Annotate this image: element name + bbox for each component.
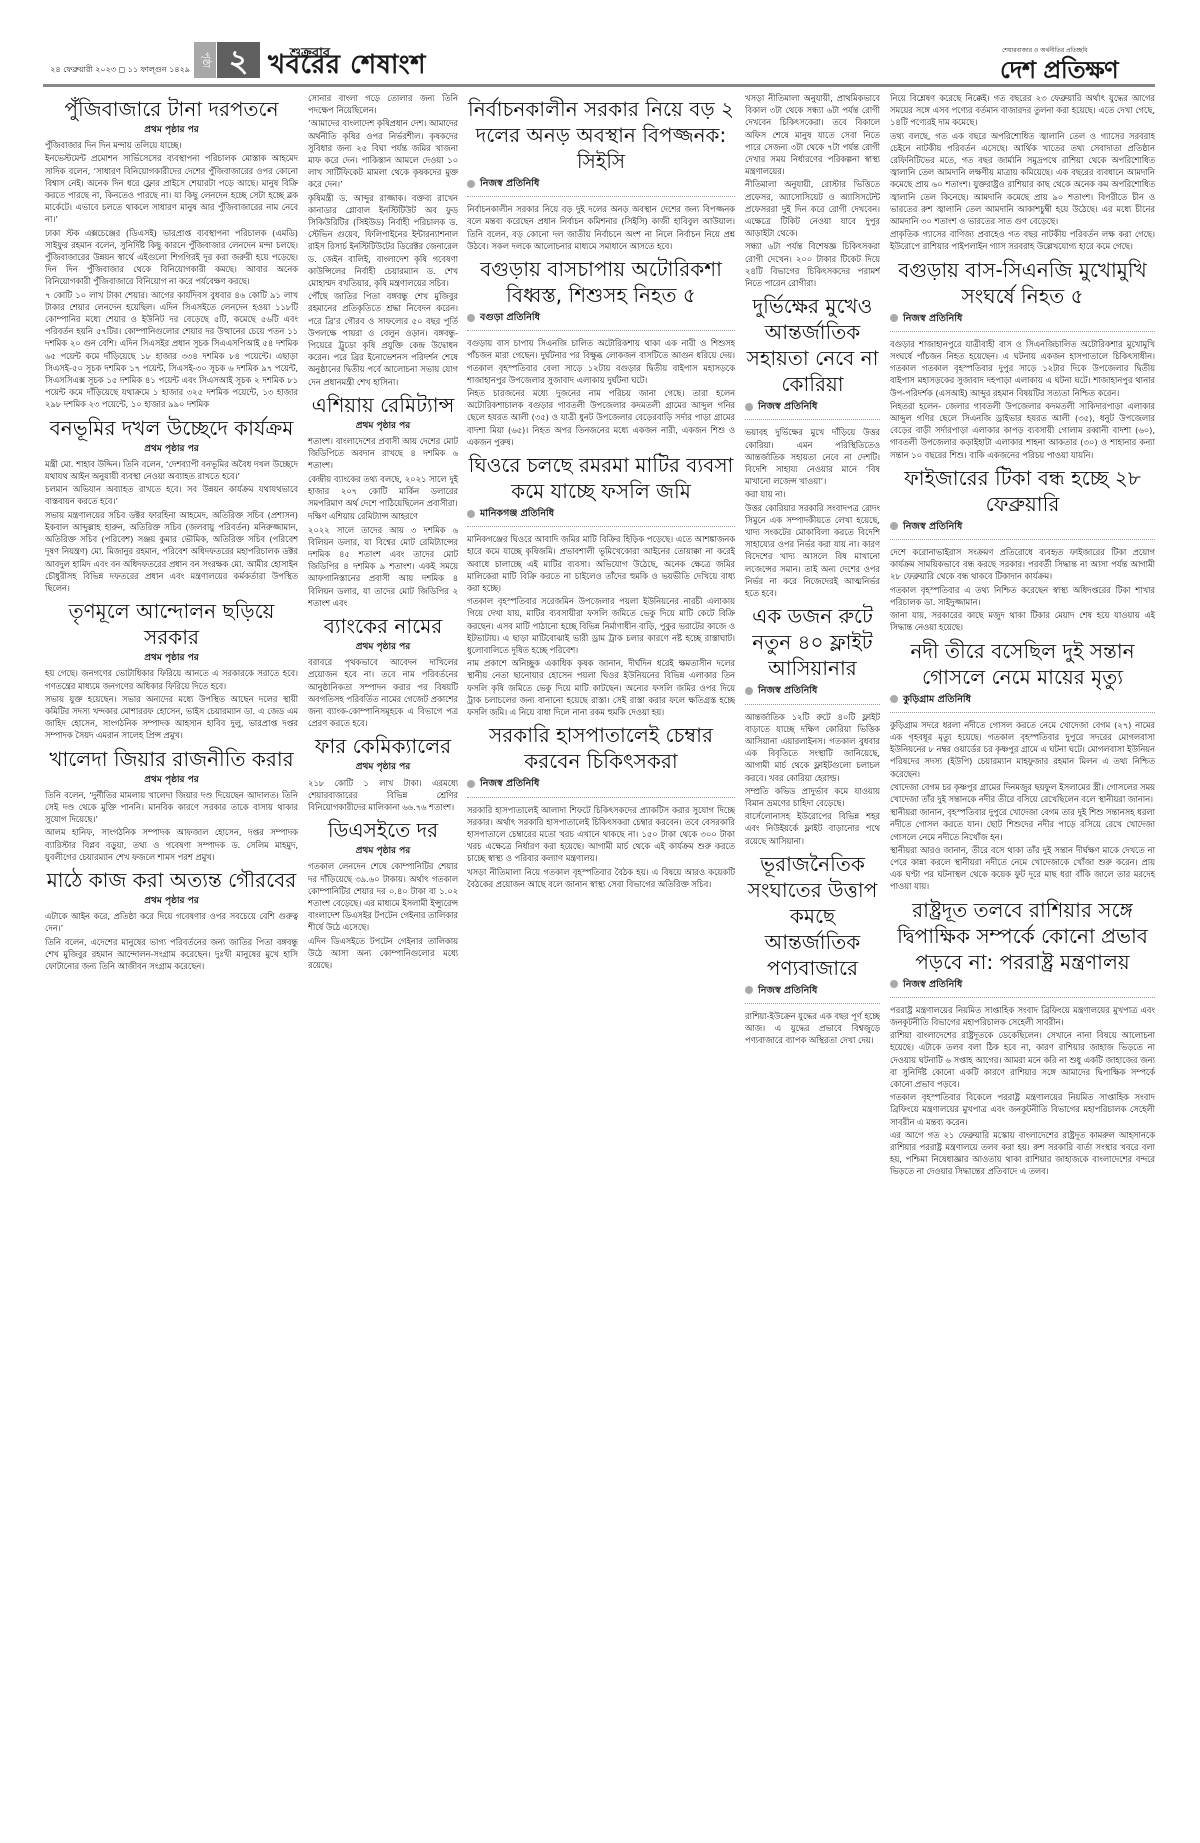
paragraph: ৭ কোটি ১০ লাখ টাকা শেয়ার। আগের কার্যদিব… xyxy=(45,289,298,411)
paragraph: বগুড়ায় বাস চাপায় সিএনজি চালিত অটোরিকশ… xyxy=(467,337,735,386)
paragraph: ‘আমাদের বাংলাদেশ কৃষিপ্রধান দেশ। আমাদের … xyxy=(308,117,458,190)
article-korea-famine: দুর্ভিক্ষের মুখেও আন্তর্জাতিক সহায়তা নে… xyxy=(745,293,880,599)
paragraph: গতকাল লেনদেন শেষে কোম্পানিটির শেয়ার দর … xyxy=(308,860,458,933)
paragraph: মানিকগঞ্জের ঘিওরে আবাদি জমির মাটি বিক্রি… xyxy=(467,533,735,594)
byline: নিজস্ব প্রতিনিধি xyxy=(467,778,735,797)
paragraph: নীতিমালা অনুযায়ী, রোস্টার ভিত্তিতে প্রফ… xyxy=(745,178,880,239)
headline: বগুড়ায় বাসচাপায় অটোরিকশা বিধ্বস্ত, শি… xyxy=(467,256,735,308)
paragraph: করা যায় না। xyxy=(745,488,880,500)
article-agriculture-cont: সোনার বাংলা গড়ে তোলার জন্য তিনি পদক্ষেপ… xyxy=(308,92,458,388)
article-hospital-cont: খসড়া নীতিমালা অনুযায়ী, প্রাথমিকভাবে বি… xyxy=(745,92,880,289)
headline: ব্যাংকের নামের xyxy=(308,613,458,639)
paragraph: ২১৮ কোটি ১ লাখ টাকা। এরমধ্যে শেয়ারবাজার… xyxy=(308,777,458,814)
article-capital-market: পুঁজিবাজারে টানা দরপতনে প্রথম পৃষ্ঠার পর… xyxy=(45,96,298,411)
paragraph: ইনভেস্টমেন্ট প্রমোশন সার্ভিসেসের ব্যবস্থ… xyxy=(45,152,298,225)
byline: নিজস্ব প্রতিনিধি xyxy=(745,401,880,420)
bullet-icon xyxy=(890,314,898,322)
paragraph: এদিন ডিএসইতে টপটেন গেইনার তালিকায় উঠে আ… xyxy=(308,935,458,972)
paragraph: পুঁজিবাজার দিন দিন মন্দায় তলিয়ে যাচ্ছে… xyxy=(45,139,298,151)
continuation-label: প্রথম পৃষ্ঠার পর xyxy=(45,124,298,136)
paragraph: সভায় যুক্ত হয়েছেন। সভার অন্যদের মধ্যে … xyxy=(45,693,298,742)
paragraph: এর আগে গত ২১ ফেব্রুয়ারি মস্কোয় বাংলাদে… xyxy=(890,1129,1155,1178)
paragraph: সরকারি হাসপাতালেই আলাদা শিফটে চিকিৎসকদের… xyxy=(467,804,735,865)
continuation-label: প্রথম পৃষ্ঠার পর xyxy=(45,443,298,455)
headline: সরকারি হাসপাতালেই চেম্বার করবেন চিকিৎসকর… xyxy=(467,722,735,774)
article-khaleda-zia: খালেদা জিয়ার রাজনীতি করার প্রথম পৃষ্ঠার… xyxy=(45,746,298,863)
paragraph: নিহতরা হলেন- জেলার গাবতলী উপজেলার কদমতলী… xyxy=(890,400,1155,461)
paragraph: গতকাল বৃহস্পতিবার বিকেলে পররাষ্ট্র মন্ত্… xyxy=(890,1091,1155,1128)
page-number: ২ xyxy=(217,42,260,78)
headline: ফাইজারের টিকা বন্ধ হচ্ছে ২৮ ফেব্রুয়ারি xyxy=(890,465,1155,517)
article-forest-land: বনভূমির দখল উচ্ছেদে কার্যক্রম প্রথম পৃষ্… xyxy=(45,415,298,594)
bullet-icon xyxy=(467,510,475,518)
paragraph: তথ্য বলছে, গত এক বছরে অপরিশোধিত জ্বালানি… xyxy=(890,130,1155,228)
article-russia-ambassador: রাষ্ট্রদূত তলবে রাশিয়ার সঙ্গে দ্বিপাক্ষ… xyxy=(890,897,1155,1178)
paragraph: খসড়া নীতিমালা অনুযায়ী, প্রাথমিকভাবে বি… xyxy=(745,92,880,177)
paragraph: গতকাল বৃহস্পতিবার এ তথ্য নিশ্চিত করেছেন … xyxy=(890,584,1155,608)
bullet-icon xyxy=(745,403,753,411)
paragraph: নাম প্রকাশে অনিচ্ছুক একাধিক কৃষক জানান, … xyxy=(467,657,735,718)
bullet-icon xyxy=(890,980,898,988)
headline: রাষ্ট্রদূত তলবে রাশিয়ার সঙ্গে দ্বিপাক্ষ… xyxy=(890,897,1155,975)
paragraph: স্থানীয়রা আরও জানান, তীরে বসে থাকা তাঁর… xyxy=(890,844,1155,893)
continuation-label: প্রথম পৃষ্ঠার পর xyxy=(308,641,458,653)
paragraph: খোদেজা বেগম চর কৃষ্ণপুর গ্রামের দিনমজুর … xyxy=(890,781,1155,805)
bullet-icon xyxy=(467,780,475,788)
paragraph: চলমান অভিযান অব্যাহত রাখতে হবে। সব উন্নয… xyxy=(45,483,298,507)
byline: নিজস্ব প্রতিনিধি xyxy=(745,985,880,1004)
column-3: নির্বাচনকালীন সরকার নিয়ে বড় ২ দলের অনড… xyxy=(467,92,735,1837)
column-5: নিয়ে বিশ্লেষণ করেছে নিক্কেই। গত বছরের ২… xyxy=(890,92,1155,1837)
headline: ঘিওরে চলছে রমরমা মাটির ব্যবসা কমে যাচ্ছে… xyxy=(467,452,735,504)
paragraph: প্রাকৃতিক গ্যাসের বাণিজ্য প্রবাহেও গত বছ… xyxy=(890,228,1155,252)
continuation-label: প্রথম পৃষ্ঠার পর xyxy=(308,845,458,857)
byline: নিজস্ব প্রতিনিধি xyxy=(890,313,1155,332)
paragraph: বার্সেলোনাসহ ইউরোপের বিভিন্ন শহর এবং নিউ… xyxy=(745,810,880,847)
headline: দুর্ভিক্ষের মুখেও আন্তর্জাতিক সহায়তা নে… xyxy=(745,293,880,397)
byline: কুড়িগ্রাম প্রতিনিধি xyxy=(890,694,1155,713)
paragraph: নিহত চারজনের মধ্যে দুজনের নাম পরিচয় জান… xyxy=(467,387,735,448)
byline: নিজস্ব প্রতিনিধি xyxy=(467,178,735,197)
article-commodity-cont: নিয়ে বিশ্লেষণ করেছে নিক্কেই। গত বছরের ২… xyxy=(890,92,1155,253)
column-2: সোনার বাংলা গড়ে তোলার জন্য তিনি পদক্ষেপ… xyxy=(308,92,458,1837)
continuation-label: প্রথম পৃষ্ঠার পর xyxy=(45,774,298,786)
article-far-chemical: ফার কেমিক্যালের প্রথম পৃষ্ঠার পর ২১৮ কোট… xyxy=(308,733,458,813)
headline: বনভূমির দখল উচ্ছেদে কার্যক্রম xyxy=(45,415,298,441)
paragraph: তিনি বলেন, এদেশের মানুষের ভাগ্য পরিবর্তন… xyxy=(45,936,298,973)
paragraph: পররাষ্ট্র মন্ত্রণালয়ের নিয়মিত সাপ্তাহি… xyxy=(890,1004,1155,1028)
paragraph: সভায় মন্ত্রণালয়ের সচিব ডক্টর ফারহিনা আ… xyxy=(45,509,298,594)
article-grassroots: তৃণমূলে আন্দোলন ছড়িয়ে সরকার প্রথম পৃষ্… xyxy=(45,598,298,741)
bullet-icon xyxy=(890,695,898,703)
article-hospital-chamber: সরকারি হাসপাতালেই চেম্বার করবেন চিকিৎসকর… xyxy=(467,722,735,890)
headline: মাঠে কাজ করা অত্যন্ত গৌরবের xyxy=(45,867,298,893)
byline: মানিকগঞ্জ প্রতিনিধি xyxy=(467,508,735,527)
paragraph: হয় গেছে। জনগণের ভোটাধিকার ফিরিয়ে আনতে … xyxy=(45,667,298,691)
article-field-work: মাঠে কাজ করা অত্যন্ত গৌরবের প্রথম পৃষ্ঠা… xyxy=(45,867,298,972)
paragraph: ভয়াবহ দুর্ভিক্ষের মুখে দাঁড়িয়ে উত্তর … xyxy=(745,426,880,487)
paragraph: রাশিয়া বাংলাদেশের রাষ্ট্রদূতকে ডেকেছিলে… xyxy=(890,1029,1155,1090)
paragraph: সোনার বাংলা গড়ে তোলার জন্য তিনি পদক্ষেপ… xyxy=(308,92,458,116)
article-bank-name: ব্যাংকের নামের প্রথম পৃষ্ঠার পর বরাবরে প… xyxy=(308,613,458,729)
paragraph: গতকাল বৃহস্পতিবার সরেজমিন উপজেলার পয়লা … xyxy=(467,595,735,656)
paragraph: দেশে করোনাভাইরাস সংক্রমণ প্রতিরোধে ব্যবহ… xyxy=(890,546,1155,583)
paragraph: কেন্দ্রীয় ব্যাংকের তথ্য বলছে, ২০২১ সালে… xyxy=(308,473,458,510)
headline: বগুড়ায় বাস-সিএনজি মুখোমুখি সংঘর্ষে নিহ… xyxy=(890,257,1155,309)
article-bogura-accident: বগুড়ায় বাসচাপায় অটোরিকশা বিধ্বস্ত, শি… xyxy=(467,256,735,448)
byline: নিজস্ব প্রতিনিধি xyxy=(890,521,1155,540)
headline: নির্বাচনকালীন সরকার নিয়ে বড় ২ দলের অনড… xyxy=(467,96,735,174)
section-title: খবরের শেষাংশ xyxy=(268,44,426,88)
bullet-icon xyxy=(890,522,898,530)
byline: নিজস্ব প্রতিনিধি xyxy=(745,685,880,704)
article-bogura-collision: বগুড়ায় বাস-সিএনজি মুখোমুখি সংঘর্ষে নিহ… xyxy=(890,257,1155,461)
paragraph: রাশিয়া-ইউক্রেন যুদ্ধের এক বছর পূর্ণ হচ্… xyxy=(745,1010,880,1047)
headline: পুঁজিবাজারে টানা দরপতনে xyxy=(45,96,298,122)
page-label: পৃষ্ঠা xyxy=(194,42,216,78)
paragraph: খসড়া নীতিমালা নিয়ে গতকাল বৃহস্পতিবার ব… xyxy=(467,866,735,890)
header-rule xyxy=(43,84,1155,87)
paragraph: বগুড়ার শাজাহানপুরে যাত্রীবাহী বাস ও সিএ… xyxy=(890,338,1155,399)
column-1: পুঁজিবাজারে টানা দরপতনে প্রথম পৃষ্ঠার পর… xyxy=(45,92,298,1837)
headline: ডিএসইতে দর xyxy=(308,817,458,843)
article-river-drowning: নদী তীরে বসেছিল দুই সন্তান গোসলে নেমে মা… xyxy=(890,638,1155,893)
paragraph: ঢাকা স্টক এক্সচেঞ্জের (ডিএসই) ভারপ্রাপ্ত… xyxy=(45,227,298,288)
paragraph: সম্প্রতি কভিড প্রাদুর্ভাব কমে যাওয়ায় ব… xyxy=(745,785,880,809)
paragraph: বরাবরে পৃথকভাবে আবেদন দাখিলের প্রয়োজন হ… xyxy=(308,656,458,729)
paragraph: ২০২২ সালে তাদের আয় ৩ দশমিক ৬ বিলিয়ন ডল… xyxy=(308,524,458,609)
issue-date: ২৪ ফেব্রুয়ারী ২০২৩ ◻ ১১ ফাল্গুন ১৪২৯ xyxy=(40,64,190,77)
article-commodity-market: ভূরাজনৈতিক সংঘাতের উত্তাপ কমছে আন্তর্জাত… xyxy=(745,851,880,1047)
headline: তৃণমূলে আন্দোলন ছড়িয়ে সরকার xyxy=(45,598,298,650)
article-remittance: এশিয়ায় রেমিট্যান্স প্রথম পৃষ্ঠার পর শত… xyxy=(308,392,458,609)
bullet-icon xyxy=(467,180,475,188)
paragraph: শতাংশ। বাংলাদেশের প্রবাসী আয় দেশের মোট … xyxy=(308,435,458,472)
paragraph: জানা যায়, সরকারের কাছে মজুদ থাকা টিকার … xyxy=(890,609,1155,633)
paragraph: দক্ষিণ এশিয়ায় রেমিট্যান্স আহরণে xyxy=(308,510,458,522)
byline: নিজস্ব প্রতিনিধি xyxy=(890,979,1155,998)
paragraph: মন্ত্রী মো. শাহাব উদ্দিন। তিনি বলেন, ‘দে… xyxy=(45,458,298,482)
paragraph: উত্তর কোরিয়ার সরকারি সংবাদপত্র রোদং সিম… xyxy=(745,502,880,600)
paragraph: আন্তর্জাতিক ১২টি রুটে ৪০টি ফ্লাইট বাড়াত… xyxy=(745,711,880,784)
paragraph: আলম হানিফ, সাংগঠনিক সম্পাদক আফজাল হোসেন,… xyxy=(45,826,298,863)
continuation-label: প্রথম পৃষ্ঠার পর xyxy=(308,761,458,773)
bullet-icon xyxy=(745,986,753,994)
paragraph: নির্বাচনকালীন সরকার নিয়ে বড় দুই দলের অ… xyxy=(467,203,735,252)
paragraph: স্থানীয়রা জানান, বৃহস্পতিবার দুপুরে খোদ… xyxy=(890,806,1155,843)
masthead: শুক্রবার ২৪ ফেব্রুয়ারী ২০২৩ ◻ ১১ ফাল্গু… xyxy=(0,0,1200,78)
paragraph: নিয়ে বিশ্লেষণ করেছে নিক্কেই। গত বছরের ২… xyxy=(890,92,1155,129)
headline: ফার কেমিক্যালের xyxy=(308,733,458,759)
headline: নদী তীরে বসেছিল দুই সন্তান গোসলে নেমে মা… xyxy=(890,638,1155,690)
byline: বগুড়া প্রতিনিধি xyxy=(467,312,735,331)
paragraph: পৌঁছে জাতির পিতা বঙ্গবন্ধু শেখ মুজিবুর র… xyxy=(308,290,458,388)
article-pfizer-vaccine: ফাইজারের টিকা বন্ধ হচ্ছে ২৮ ফেব্রুয়ারি … xyxy=(890,465,1155,634)
article-soil-trade: ঘিওরে চলছে রমরমা মাটির ব্যবসা কমে যাচ্ছে… xyxy=(467,452,735,718)
headline: এশিয়ায় রেমিট্যান্স xyxy=(308,392,458,418)
headline: এক ডজন রুটে নতুন ৪০ ফ্লাইট আসিয়ানার xyxy=(745,603,880,681)
headline: খালেদা জিয়ার রাজনীতি করার xyxy=(45,746,298,772)
article-cec: নির্বাচনকালীন সরকার নিয়ে বড় ২ দলের অনড… xyxy=(467,96,735,252)
continuation-label: প্রথম পৃষ্ঠার পর xyxy=(308,420,458,432)
continuation-label: প্রথম পৃষ্ঠার পর xyxy=(45,895,298,907)
article-dse-price: ডিএসইতে দর প্রথম পৃষ্ঠার পর গতকাল লেনদেন… xyxy=(308,817,458,971)
bullet-icon xyxy=(467,314,475,322)
bullet-icon xyxy=(745,687,753,695)
paragraph: সন্ধ্যা ৬টা পর্যন্ত বিশেষজ্ঞ চিকিৎসকরা র… xyxy=(745,240,880,289)
article-asiana-flights: এক ডজন রুটে নতুন ৪০ ফ্লাইট আসিয়ানার নিজ… xyxy=(745,603,880,846)
paragraph: এটাকে আইন করে, প্রতিষ্ঠা করে দিয়ে গবেষণ… xyxy=(45,910,298,934)
column-4: খসড়া নীতিমালা অনুযায়ী, প্রাথমিকভাবে বি… xyxy=(745,92,880,1837)
paragraph: কৃষিমন্ত্রী ড. আব্দুর রাজ্জাক। বক্তব্য র… xyxy=(308,192,458,290)
headline: ভূরাজনৈতিক সংঘাতের উত্তাপ কমছে আন্তর্জাত… xyxy=(745,851,880,981)
continuation-label: প্রথম পৃষ্ঠার পর xyxy=(45,652,298,664)
paragraph: তিনি বলেন, ‘দুর্নীতির মামলায় খালেদা জিয… xyxy=(45,789,298,826)
paragraph: কুড়িগ্রাম সদরে ধরলা নদীতে গোসল করতে নেম… xyxy=(890,719,1155,780)
